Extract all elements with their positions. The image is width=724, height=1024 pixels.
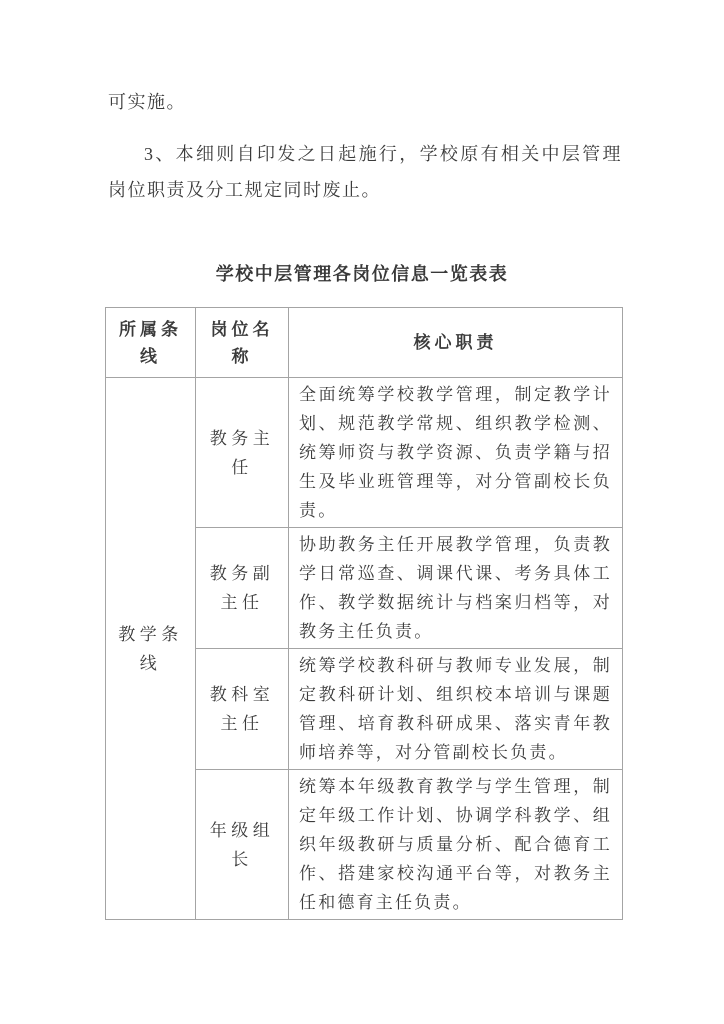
duty-cell: 统筹本年级教育教学与学生管理，制定年级工作计划、协调学科教学、组织年级教研与质量… [289, 770, 623, 920]
column-header-position: 岗位名称 [196, 308, 289, 378]
paragraph-continuation: 可实施。 [108, 84, 622, 120]
table-title: 学校中层管理各岗位信息一览表表 [0, 260, 724, 286]
group-cell-teaching-line: 教学条线 [106, 378, 196, 920]
duty-cell: 全面统筹学校教学管理，制定教学计划、规范教学常规、组织教学检测、统筹师资与教学资… [289, 378, 623, 528]
column-header-line: 所属条线 [106, 308, 196, 378]
position-cell: 年级组长 [196, 770, 289, 920]
body-text: 可实施。 3、本细则自印发之日起施行，学校原有相关中层管理岗位职责及分工规定同时… [108, 84, 622, 208]
table-header-row: 所属条线 岗位名称 核心职责 [106, 308, 623, 378]
column-header-duty: 核心职责 [289, 308, 623, 378]
positions-table: 所属条线 岗位名称 核心职责 教学条线 教务主任 全面统筹学校教学管理，制定教学… [105, 307, 623, 920]
paragraph-item-3: 3、本细则自印发之日起施行，学校原有相关中层管理岗位职责及分工规定同时废止。 [108, 136, 622, 208]
document-page: 可实施。 3、本细则自印发之日起施行，学校原有相关中层管理岗位职责及分工规定同时… [0, 0, 724, 1024]
position-cell: 教科室主任 [196, 649, 289, 770]
duty-cell: 协助教务主任开展教学管理，负责教学日常巡查、调课代课、考务具体工作、教学数据统计… [289, 528, 623, 649]
position-cell: 教务主任 [196, 378, 289, 528]
duty-cell: 统筹学校教科研与教师专业发展，制定教科研计划、组织校本培训与课题管理、培育教科研… [289, 649, 623, 770]
position-cell: 教务副主任 [196, 528, 289, 649]
table-row: 教学条线 教务主任 全面统筹学校教学管理，制定教学计划、规范教学常规、组织教学检… [106, 378, 623, 528]
